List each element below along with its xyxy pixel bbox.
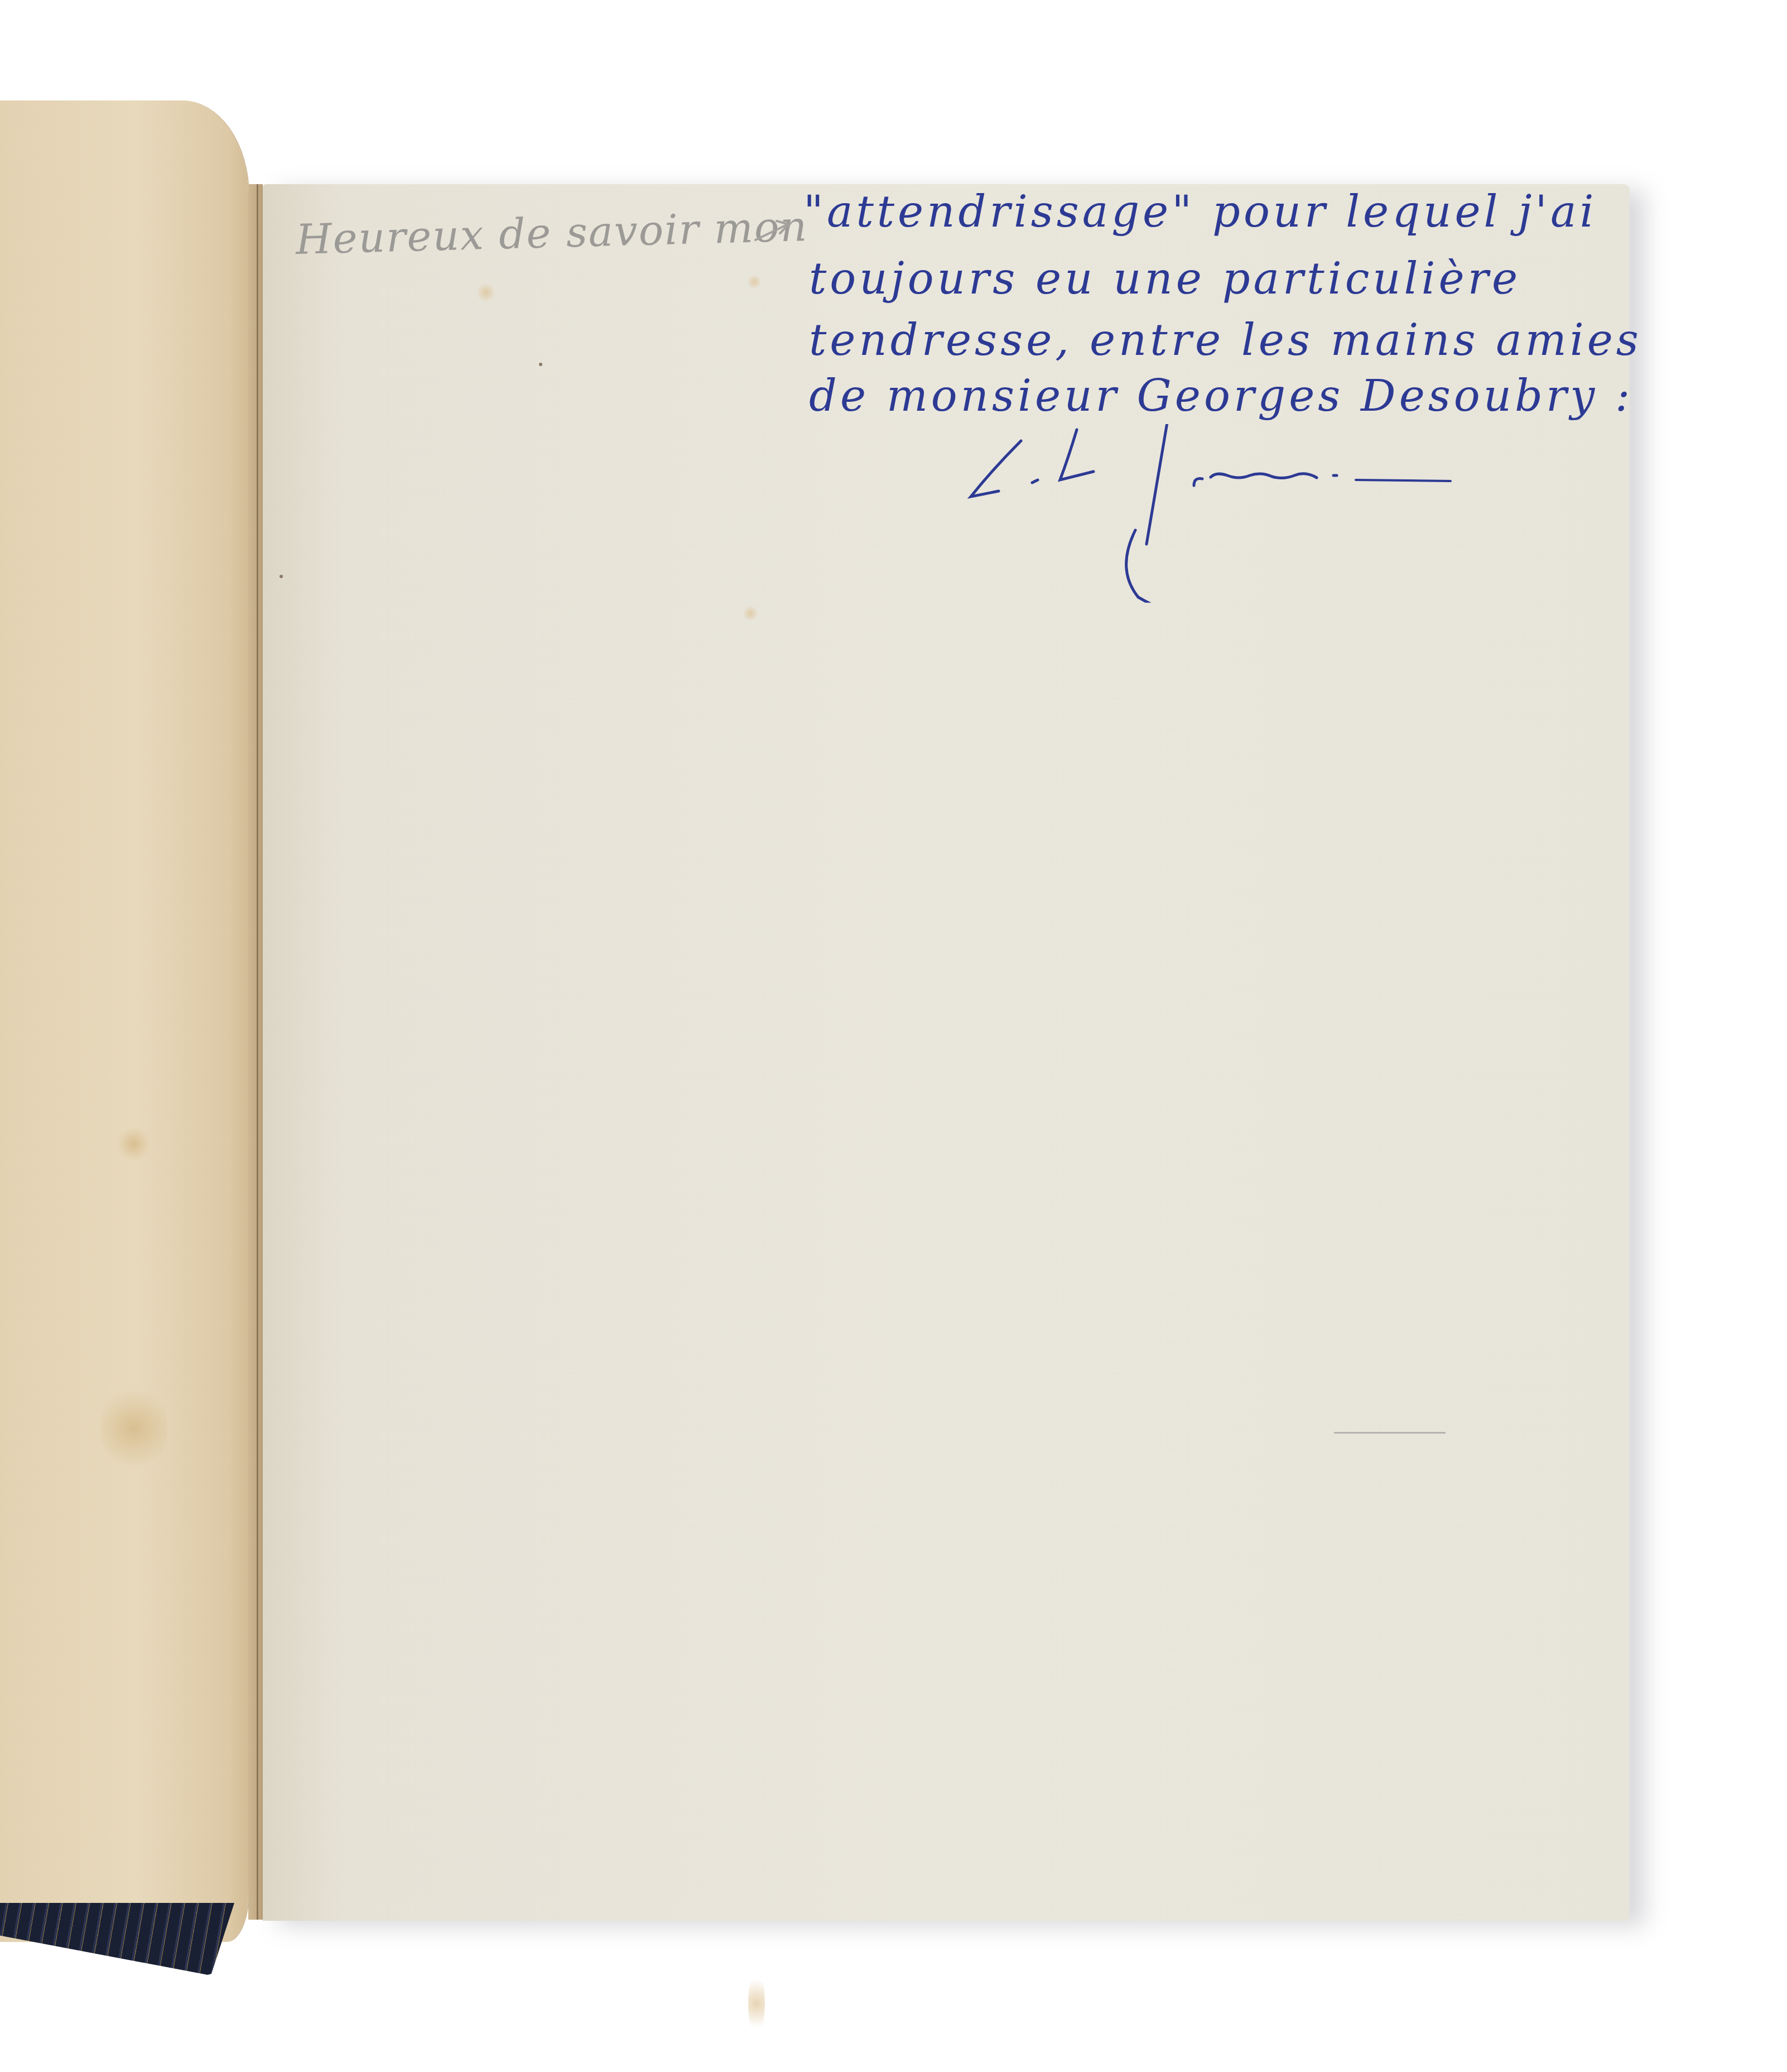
foxing-stain [117,1127,151,1161]
left-page-curled [0,100,248,1942]
gutter-line [257,184,258,1920]
spine-gutter [248,184,263,1920]
foxing-spot [748,273,760,290]
inscription-line-1: "attendrissage" pour lequel j'ai [803,187,1597,237]
arrow-right-icon [754,218,793,246]
book-photograph: Heureux de savoir mon "attendrissage" po… [0,0,1787,2072]
signature: L. L. Jeumain — [948,424,1618,603]
foxing-spot [748,1970,765,2037]
foxing-spot [743,605,758,621]
paper-speck [539,363,542,366]
paper-speck [280,575,283,578]
inscription-line-3: tendresse, entre les mains amies [809,315,1642,366]
foxing-stain [100,1384,167,1473]
pencil-mark [1334,1432,1446,1434]
inscription-line-4: de monsieur Georges Desoubry : [809,371,1633,421]
book-binding-bottom [0,1903,234,1975]
foxing-spot [478,282,494,303]
inscription-line-2: toujours eu une particulière [809,254,1521,304]
